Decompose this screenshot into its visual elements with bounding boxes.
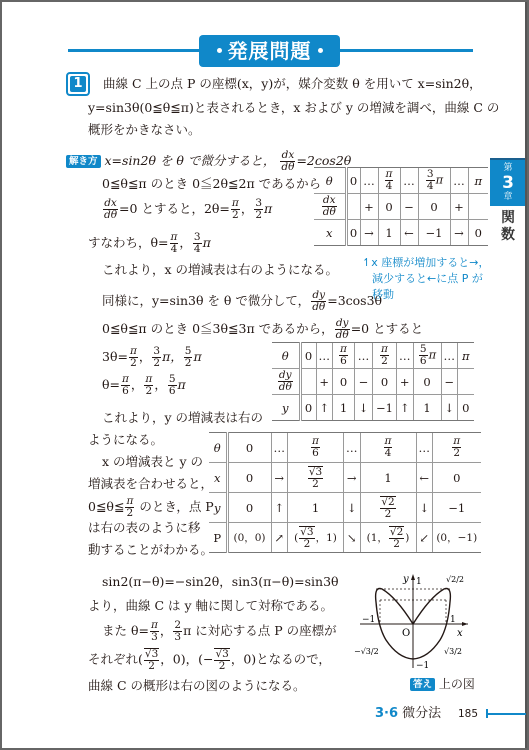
page-frame — [0, 0, 529, 750]
